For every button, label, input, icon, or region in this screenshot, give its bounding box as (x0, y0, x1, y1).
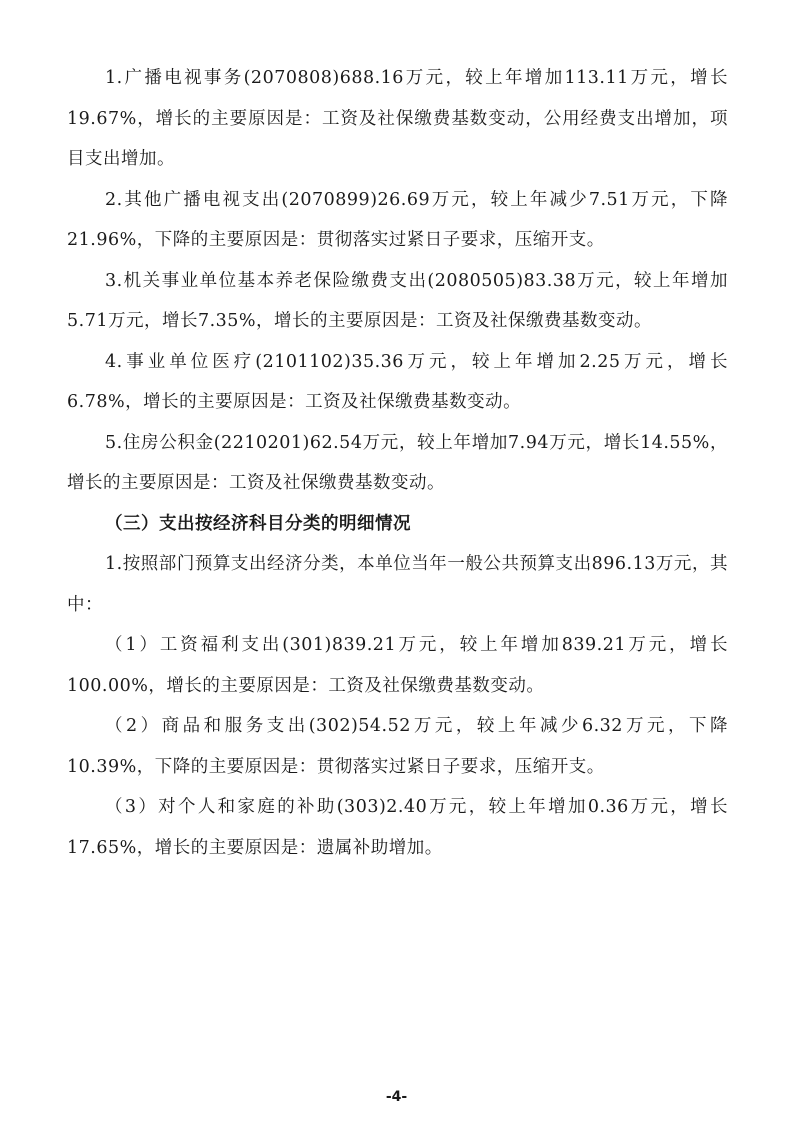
document-body: 1.广播电视事务(2070808)688.16万元，较上年增加113.11万元，… (67, 58, 728, 868)
paragraph-household-subsidy: （3）对个人和家庭的补助(303)2.40万元，较上年增加0.36万元，增长17… (67, 787, 728, 868)
section-heading: （三）支出按经济科目分类的明细情况 (67, 504, 728, 545)
paragraph-goods-services: （2）商品和服务支出(302)54.52万元，较上年减少6.32万元，下降10.… (67, 706, 728, 787)
page-number: -4- (0, 1089, 793, 1105)
paragraph-housing-fund: 5.住房公积金(2210201)62.54万元，较上年增加7.94万元，增长14… (67, 423, 728, 504)
paragraph-other-broadcast-tv: 2.其他广播电视支出(2070899)26.69万元，较上年减少7.51万元，下… (67, 180, 728, 261)
paragraph-broadcast-tv-affairs: 1.广播电视事务(2070808)688.16万元，较上年增加113.11万元，… (67, 58, 728, 180)
paragraph-medical: 4.事业单位医疗(2101102)35.36万元，较上年增加2.25万元，增长6… (67, 342, 728, 423)
paragraph-pension-insurance: 3.机关事业单位基本养老保险缴费支出(2080505)83.38万元，较上年增加… (67, 261, 728, 342)
paragraph-economic-classification: 1.按照部门预算支出经济分类，本单位当年一般公共预算支出896.13万元，其中： (67, 544, 728, 625)
paragraph-wages-welfare: （1）工资福利支出(301)839.21万元，较上年增加839.21万元，增长1… (67, 625, 728, 706)
